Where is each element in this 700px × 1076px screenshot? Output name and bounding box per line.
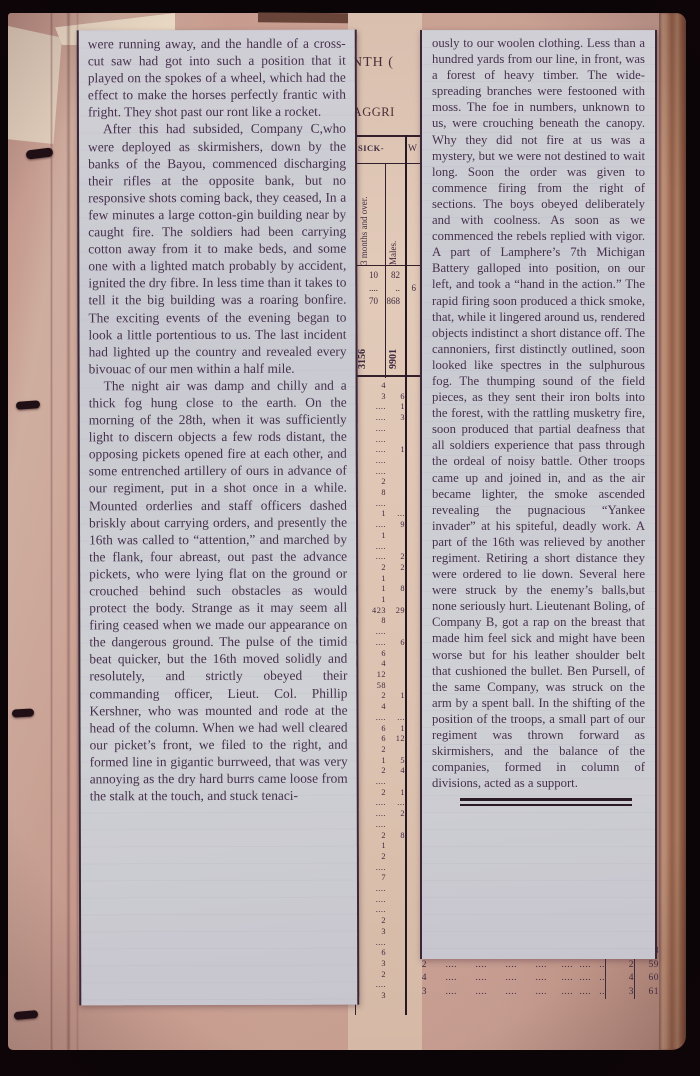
table-cell xyxy=(402,269,416,282)
table-cell: ... xyxy=(387,798,405,809)
table-cell: .... xyxy=(358,445,387,456)
table-cell xyxy=(387,542,405,553)
table-row: 2....1 xyxy=(348,445,422,456)
ledger-column-label: 3 months and over. xyxy=(359,171,369,265)
table-row: 21 xyxy=(348,788,422,799)
table-cell xyxy=(387,884,405,895)
page-edge-stack xyxy=(659,13,686,1050)
table-row: .... xyxy=(348,820,422,831)
table-cell xyxy=(387,488,405,499)
table-row: .... xyxy=(348,424,422,435)
table-row: 421 xyxy=(348,691,422,702)
table-cell: .... xyxy=(358,713,387,724)
table-row: .... xyxy=(348,777,422,788)
table-row: 236 xyxy=(348,392,422,403)
table-cell: 60 xyxy=(634,972,659,986)
table-row: 14 xyxy=(348,659,422,670)
table-row: 61 xyxy=(348,724,422,735)
table-cell: 1 xyxy=(358,509,387,520)
table-cell xyxy=(387,435,405,446)
table-cell xyxy=(387,499,405,510)
binding-crease xyxy=(66,13,71,1050)
table-cell xyxy=(387,895,405,906)
table-cell: 423 xyxy=(358,606,387,617)
table-row: 12 xyxy=(348,477,422,488)
table-cell: 4 xyxy=(605,972,634,986)
table-cell: 6 xyxy=(358,724,387,735)
paragraph: The night air was damp and chilly and a … xyxy=(89,377,348,805)
table-row: ....2 xyxy=(348,809,422,820)
table-cell xyxy=(387,916,405,927)
table-cell: .... xyxy=(358,980,387,991)
table-cell: 1 xyxy=(358,841,387,852)
paragraph: were running away, and the handle of a c… xyxy=(88,35,346,121)
table-cell: .... xyxy=(487,972,517,986)
table-cell xyxy=(387,873,405,884)
table-cell xyxy=(402,295,416,308)
binding-stitch xyxy=(16,400,40,410)
table-row: 1.... xyxy=(348,499,422,510)
table-row: 2 xyxy=(348,745,422,756)
table-cell xyxy=(387,659,405,670)
table-cell xyxy=(387,745,405,756)
table-cell: .... xyxy=(358,820,387,831)
table-cell: 1 xyxy=(387,788,405,799)
table-cell: .... xyxy=(457,986,487,1000)
table-cell: .... xyxy=(358,456,387,467)
table-row: 1082 xyxy=(348,269,422,282)
table-cell: 59 xyxy=(634,959,659,973)
table-cell: 2 xyxy=(358,970,387,981)
table-cell: 2 xyxy=(358,745,387,756)
table-cell: .... xyxy=(358,552,387,563)
table-cell: 8 xyxy=(358,616,387,627)
table-cell xyxy=(387,477,405,488)
table-row: 1 xyxy=(348,841,422,852)
table-row: 14 xyxy=(348,381,422,392)
table-rule xyxy=(350,375,422,377)
table-row: 24 xyxy=(348,766,422,777)
table-cell: 1 xyxy=(358,595,387,606)
table-cell xyxy=(387,905,405,916)
table-cell: 4 xyxy=(358,659,387,670)
table-cell xyxy=(387,841,405,852)
table-row: 4 xyxy=(348,702,422,713)
table-cell: 58 xyxy=(358,681,387,692)
table-row: 2.... xyxy=(348,542,422,553)
table-cell: 6 xyxy=(358,649,387,660)
table-row: 1 xyxy=(348,574,422,585)
table-cell xyxy=(387,649,405,660)
table-cell: 2 xyxy=(358,852,387,863)
table-cell xyxy=(387,938,405,949)
table-cell xyxy=(387,820,405,831)
table-row: .... xyxy=(348,905,422,916)
table-cell: 8 xyxy=(387,831,405,842)
table-cell: 2 xyxy=(358,477,387,488)
ledger-strip: NTH ( -AGGRI SICK- W 3 months and over. … xyxy=(348,13,422,1050)
table-row: 612 xyxy=(348,734,422,745)
table-cell: .... xyxy=(457,972,487,986)
table-cell: ... xyxy=(387,713,405,724)
table-cell: 2 xyxy=(358,563,387,574)
table-cell: 3 xyxy=(358,927,387,938)
table-cell xyxy=(387,863,405,874)
table-cell: 1 xyxy=(358,584,387,595)
table-cell: .... xyxy=(457,959,487,973)
table-cell: 2 xyxy=(605,959,634,973)
table-cell: 1 xyxy=(358,756,387,767)
binding-stitch xyxy=(26,147,54,159)
table-cell: .... xyxy=(358,542,387,553)
table-cell: .... xyxy=(358,938,387,949)
table-cell: 29 xyxy=(387,606,405,617)
table-cell: .... xyxy=(358,413,387,424)
table-rule xyxy=(350,135,422,137)
table-cell: .... xyxy=(547,959,573,973)
table-cell: .... xyxy=(487,986,517,1000)
table-cell: .... xyxy=(547,986,573,1000)
table-row: 1 xyxy=(348,595,422,606)
table-row: .... xyxy=(348,435,422,446)
table-cell: 2 xyxy=(387,563,405,574)
table-cell xyxy=(387,852,405,863)
ledger-total: 3156 xyxy=(357,313,368,369)
table-cell: 2 xyxy=(358,831,387,842)
table-cell: .... xyxy=(427,986,457,1000)
table-row: 22 xyxy=(348,563,422,574)
table-cell: .... xyxy=(358,402,387,413)
table-row: 3.... xyxy=(348,467,422,478)
table-cell: 1 xyxy=(358,574,387,585)
table-cell: .... xyxy=(487,959,517,973)
table-cell xyxy=(387,595,405,606)
scrapbook-photo: NTH ( -AGGRI SICK- W 3 months and over. … xyxy=(0,0,700,1076)
table-row: .... xyxy=(348,884,422,895)
table-row: 118 xyxy=(348,584,422,595)
clipping-right-text: ously to our woolen clothing. Less than … xyxy=(432,35,645,791)
table-cell: 2 xyxy=(358,766,387,777)
table-cell: .... xyxy=(358,520,387,531)
clipping-right: ously to our woolen clothing. Less than … xyxy=(420,30,657,959)
ledger-column-label: Males. xyxy=(388,223,398,265)
table-cell xyxy=(387,980,405,991)
table-cell: .... xyxy=(358,884,387,895)
table-cell xyxy=(387,991,405,1002)
table-cell xyxy=(387,574,405,585)
table-cell xyxy=(387,627,405,638)
table-row: 1....6 xyxy=(348,638,422,649)
table-cell xyxy=(387,681,405,692)
table-row: 42329 xyxy=(348,606,422,617)
table-cell: .... xyxy=(358,424,387,435)
table-cell xyxy=(387,959,405,970)
table-cell: 1 xyxy=(387,724,405,735)
table-cell: 3 xyxy=(358,392,387,403)
table-cell: 2 xyxy=(358,691,387,702)
table-rule xyxy=(350,265,422,266)
table-row: 28 xyxy=(348,488,422,499)
book-page: NTH ( -AGGRI SICK- W 3 months and over. … xyxy=(8,13,686,1050)
table-cell: .... xyxy=(358,863,387,874)
binding-crease xyxy=(50,13,53,1050)
table-row: 15 xyxy=(348,756,422,767)
table-row: ....... xyxy=(348,798,422,809)
table-cell: 7 xyxy=(358,873,387,884)
table-cell: 868 xyxy=(378,295,402,308)
table-row: 2 xyxy=(348,916,422,927)
table-cell: 1 xyxy=(387,691,405,702)
table-cell: 6 xyxy=(402,282,416,295)
table-cell: .... xyxy=(427,959,457,973)
ledger-subheader: SICK- xyxy=(358,143,384,153)
table-row: 70868 xyxy=(348,295,422,308)
table-row: .... xyxy=(348,627,422,638)
table-cell: 2 xyxy=(358,916,387,927)
table-cell: .. xyxy=(591,986,605,1000)
table-row: ....... xyxy=(348,713,422,724)
end-of-article-rule xyxy=(460,798,632,806)
table-row: ....9 xyxy=(348,520,422,531)
binding-stitch xyxy=(14,1010,39,1020)
table-cell: 3 xyxy=(387,413,405,424)
table-cell: 5 xyxy=(387,756,405,767)
table-cell: .. xyxy=(591,972,605,986)
table-row: 26 xyxy=(348,649,422,660)
table-row: 1....1 xyxy=(348,402,422,413)
table-row: 11 xyxy=(348,531,422,542)
table-row: .... xyxy=(348,863,422,874)
table-cell: .... xyxy=(427,972,457,986)
table-cell: 1 xyxy=(358,531,387,542)
table-cell: .... xyxy=(358,499,387,510)
table-rule xyxy=(350,163,422,164)
torn-paper-flap xyxy=(8,26,62,144)
ledger-subheader: W xyxy=(408,144,417,154)
table-row: ....3 xyxy=(348,413,422,424)
ledger-header-fragment: NTH ( xyxy=(352,55,394,71)
table-cell: .... xyxy=(358,627,387,638)
table-cell: 82 xyxy=(378,269,402,282)
table-cell: .... xyxy=(358,638,387,649)
table-cell xyxy=(387,456,405,467)
table-cell: 12 xyxy=(387,734,405,745)
table-row: .... xyxy=(348,456,422,467)
table-row: 18 xyxy=(348,616,422,627)
binding-stitch xyxy=(12,708,34,717)
table-cell: .. xyxy=(378,282,402,295)
table-cell xyxy=(387,531,405,542)
table-cell xyxy=(387,948,405,959)
table-cell xyxy=(387,970,405,981)
table-cell: 2 xyxy=(387,809,405,820)
table-row: ....2 xyxy=(348,552,422,563)
table-cell: .... xyxy=(358,809,387,820)
paragraph: ously to our woolen clothing. Less than … xyxy=(432,35,645,791)
table-cell: .... xyxy=(358,777,387,788)
table-cell: ... xyxy=(387,509,405,520)
table-cell: 61 xyxy=(634,986,659,1000)
table-cell: 12 xyxy=(358,670,387,681)
table-cell: 4 xyxy=(358,381,387,392)
table-cell: 1 xyxy=(387,445,405,456)
table-cell: .. xyxy=(591,959,605,973)
table-cell xyxy=(387,702,405,713)
table-cell xyxy=(387,467,405,478)
table-cell xyxy=(387,616,405,627)
table-row: 958 xyxy=(348,681,422,692)
table-cell: 1 xyxy=(387,402,405,413)
table-cell: 4 xyxy=(358,702,387,713)
table-cell: 2 xyxy=(387,552,405,563)
table-cell: .... xyxy=(517,959,547,973)
table-cell: 8 xyxy=(387,584,405,595)
table-cell: 6 xyxy=(358,734,387,745)
table-cell xyxy=(387,777,405,788)
table-cell: .... xyxy=(573,959,591,973)
table-row: ......6 xyxy=(348,282,422,295)
table-cell: 6 xyxy=(387,638,405,649)
table-row: 28 xyxy=(348,831,422,842)
table-cell xyxy=(387,424,405,435)
table-cell: 3 xyxy=(358,991,387,1002)
table-cell: .... xyxy=(358,798,387,809)
table-row: 11... xyxy=(348,509,422,520)
table-cell: .... xyxy=(517,986,547,1000)
ledger-strip-rows: 142361....1....3........2....1....3....1… xyxy=(348,381,422,1002)
table-cell: 9 xyxy=(387,520,405,531)
table-cell: 8 xyxy=(358,488,387,499)
paragraph: After this had subsided, Company C,who w… xyxy=(88,120,347,377)
ledger-header-values: 1082......670868 xyxy=(348,269,422,308)
table-cell: 2 xyxy=(358,788,387,799)
table-row: .... xyxy=(348,895,422,906)
table-cell xyxy=(387,927,405,938)
table-cell: .... xyxy=(573,986,591,1000)
table-cell: 3 xyxy=(358,959,387,970)
table-cell: .... xyxy=(517,972,547,986)
table-cell xyxy=(387,670,405,681)
table-cell: 3 xyxy=(605,986,634,1000)
table-cell: .... xyxy=(358,467,387,478)
table-row: 7 xyxy=(348,873,422,884)
table-row: 012 xyxy=(348,670,422,681)
ledger-total: 9901 xyxy=(388,313,399,369)
table-cell: 6 xyxy=(358,948,387,959)
table-cell: .... xyxy=(358,895,387,906)
table-cell: .... xyxy=(358,905,387,916)
table-row: 2 xyxy=(348,852,422,863)
table-cell: .... xyxy=(358,435,387,446)
table-cell: 4 xyxy=(387,766,405,777)
table-cell: 6 xyxy=(387,392,405,403)
clipping-left: were running away, and the handle of a c… xyxy=(77,30,360,1006)
table-cell: .... xyxy=(547,972,573,986)
table-cell xyxy=(387,381,405,392)
table-cell: .... xyxy=(573,972,591,986)
